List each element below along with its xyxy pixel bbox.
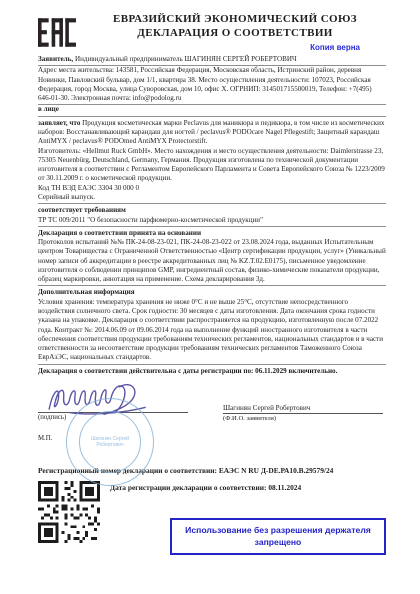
document-title: ДЕКЛАРАЦИЯ О СООТВЕТСТВИИ <box>84 27 386 41</box>
usage-restriction-box: Использование без разрешения держателя з… <box>170 518 386 555</box>
additional-info-section: Дополнительная информация Условия хранен… <box>38 288 386 364</box>
signature-line <box>38 382 188 413</box>
seal-place-label: М.П. <box>38 435 188 442</box>
registration-number-label: Регистрационный номер декларации о соотв… <box>38 466 217 475</box>
registration-number-value: ЕАЭС N RU Д-DE.РА10.В.29579/24 <box>219 466 334 475</box>
applicant-address: Адрес места жительства: 143581, Российск… <box>38 66 386 105</box>
regulation-line: ТР ТС 009/2011 "О безопасности парфюмерн… <box>38 216 386 227</box>
qr-code <box>38 481 100 555</box>
signature-block: (подпись) М.П. Шагинян Сергей Робертович… <box>38 382 386 458</box>
additional-text: Условия хранения: температура хранения н… <box>38 298 386 365</box>
registration-number-line: Регистрационный номер декларации о соотв… <box>38 466 386 475</box>
manufacturer-line: Изготовитель: «Hellmut Ruck GmbH». Место… <box>38 147 386 184</box>
signature-area: (подпись) М.П. <box>38 382 188 442</box>
declaration-document: ЕВРАЗИЙСКИЙ ЭКОНОМИЧЕСКИЙ СОЮЗ ДЕКЛАРАЦИ… <box>0 0 420 594</box>
applicant-name: Индивидуальный предприниматель ШАГИНЯН С… <box>75 55 297 63</box>
registration-date-line: Дата регистрации декларации о соответств… <box>110 483 386 492</box>
handwritten-signature <box>44 378 164 418</box>
additional-label: Дополнительная информация <box>38 288 386 297</box>
registration-date-area: Дата регистрации декларации о соответств… <box>100 481 386 555</box>
union-title: ЕВРАЗИЙСКИЙ ЭКОНОМИЧЕСКИЙ СОЮЗ <box>84 13 386 27</box>
registration-date-value: 08.11.2024 <box>268 483 301 492</box>
registration-date-label: Дата регистрации декларации о соответств… <box>110 483 266 492</box>
applicant-section: Заявитель, Индивидуальный предпринимател… <box>38 55 386 117</box>
compliance-section: соответствует требованиям ТР ТС 009/2011… <box>38 206 386 227</box>
product-line: заявляет, что Продукция косметическая ма… <box>38 119 386 147</box>
serial-line: Серийный выпуск. <box>38 193 386 204</box>
declares-label: заявляет, что <box>38 119 80 127</box>
in-person-line: в лице <box>38 105 386 116</box>
eac-logo-icon <box>38 13 84 52</box>
title-block: ЕВРАЗИЙСКИЙ ЭКОНОМИЧЕСКИЙ СОЮЗ ДЕКЛАРАЦИ… <box>84 13 386 52</box>
basis-section: Декларация о соответствии принята на осн… <box>38 229 386 287</box>
holder-name: Шагинян Сергей Робертович <box>223 404 383 414</box>
validity-section: Декларация о соответствии действительна … <box>38 367 386 376</box>
document-header: ЕВРАЗИЙСКИЙ ЭКОНОМИЧЕСКИЙ СОЮЗ ДЕКЛАРАЦИ… <box>38 13 386 52</box>
holder-name-area: Шагинян Сергей Робертович (Ф.И.О. заявит… <box>223 404 383 422</box>
copy-verified-mark: Копия верна <box>84 43 386 52</box>
applicant-line: Заявитель, Индивидуальный предпринимател… <box>38 55 386 66</box>
product-section: заявляет, что Продукция косметическая ма… <box>38 119 386 205</box>
validity-line: Декларация о соответствии действительна … <box>38 367 386 376</box>
holder-name-caption: (Ф.И.О. заявителя) <box>223 415 383 422</box>
registration-footer: Дата регистрации декларации о соответств… <box>38 481 386 555</box>
basis-label: Декларация о соответствии принята на осн… <box>38 229 386 238</box>
compliance-label: соответствует требованиям <box>38 206 386 215</box>
tnved-code-line: Код ТН ВЭД ЕАЭС 3304 30 000 0 <box>38 184 386 193</box>
product-description: Продукция косметическая марки Peclavus д… <box>38 119 384 146</box>
basis-text: Протоколов испытаний №№ ПК-24-08-23-021,… <box>38 238 386 286</box>
applicant-label: Заявитель, <box>38 55 73 63</box>
